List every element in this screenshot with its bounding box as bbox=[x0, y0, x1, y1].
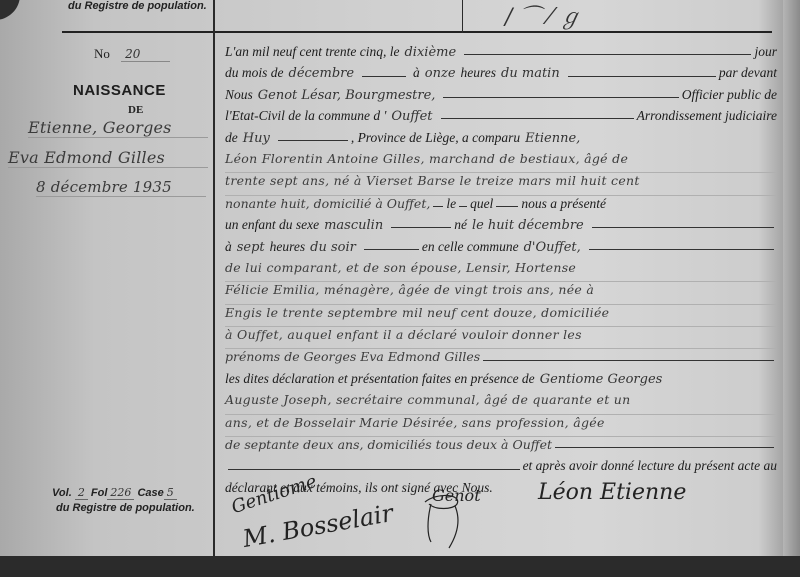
birth-commune-value: d'Ouffet, bbox=[524, 240, 581, 255]
page-edge bbox=[783, 0, 800, 556]
number-label: No bbox=[94, 46, 110, 61]
line-6: Léon Florentin Antoine Gilles, marchand … bbox=[225, 151, 777, 173]
child-name-line-2: Eva Edmond Gilles bbox=[8, 148, 208, 168]
line-13: Engis le trente septembre mil neuf cent … bbox=[225, 305, 777, 327]
column-divider bbox=[213, 0, 215, 556]
line-16: les dites déclaration et présentation fa… bbox=[225, 371, 777, 392]
line-3: Nous Genot Lésar, Bourgmestre, Officier … bbox=[225, 87, 777, 108]
signature-flourish-icon bbox=[417, 490, 467, 550]
volume-reference: Vol. 2 Fol226 Case5 bbox=[52, 486, 177, 499]
register-label: du Registre de population. bbox=[56, 502, 195, 514]
given-names: prénoms de Georges Eva Edmond Gilles bbox=[225, 349, 480, 364]
case-value: 5 bbox=[164, 486, 177, 500]
entry-number: No 20 bbox=[94, 46, 170, 62]
act-body: L'an mil neuf cent trente cinq, le dixiè… bbox=[225, 44, 777, 501]
signature-witness-1: Gentiome bbox=[229, 471, 319, 518]
birth-hour-value: sept bbox=[237, 240, 265, 255]
top-divider bbox=[462, 0, 463, 33]
line-9: un enfant du sexe masculin né le huit dé… bbox=[225, 217, 777, 238]
arrondissement-value: Huy bbox=[243, 131, 270, 146]
background-band bbox=[0, 556, 800, 577]
line-18: ans, et de Bosselair Marie Désirée, sans… bbox=[225, 415, 777, 437]
birth-period-value: du soir bbox=[310, 240, 356, 255]
top-register-label: du Registre de population. bbox=[68, 0, 207, 12]
heading-naissance: NAISSANCE bbox=[73, 82, 166, 99]
hour-value: onze bbox=[425, 66, 456, 81]
sex-value: masculin bbox=[324, 218, 383, 233]
birth-date-line: 8 décembre 1935 bbox=[36, 178, 206, 197]
line-2: du mois de décembre à onze heures du mat… bbox=[225, 65, 777, 86]
page-corner-shadow bbox=[0, 0, 20, 20]
line-10: à sept heures du soir en celle commune d… bbox=[225, 239, 777, 260]
birth-date-value: le huit décembre bbox=[472, 218, 584, 233]
vol-value: 2 bbox=[75, 486, 88, 500]
line-1: L'an mil neuf cent trente cinq, le dixiè… bbox=[225, 44, 777, 65]
line-15: prénoms de Georges Eva Edmond Gilles bbox=[225, 349, 777, 370]
line-12: Félicie Emilia, ménagère, âgée de vingt … bbox=[225, 282, 777, 304]
signature-declarant: Léon Etienne bbox=[538, 480, 686, 505]
declarant-surname: Etienne, bbox=[525, 131, 580, 146]
heading-de: DE bbox=[128, 104, 143, 116]
line-4: l'Etat-Civil de la commune d ' Ouffet Ar… bbox=[225, 108, 777, 129]
month-value: décembre bbox=[289, 66, 355, 81]
child-name-line-1: Etienne, Georges bbox=[28, 118, 208, 138]
line-7: trente sept ans, né à Vierset Barse le t… bbox=[225, 173, 777, 195]
commune-value: Ouffet bbox=[391, 109, 432, 124]
officer-name: Genot Lésar, Bourgmestre, bbox=[258, 88, 436, 103]
fol-value: 226 bbox=[107, 486, 134, 500]
top-signature-fragment: / ⌒ ⁄ ℊ bbox=[505, 0, 581, 31]
line-8: nonante huit, domicilié à Ouffet, le que… bbox=[225, 196, 777, 217]
line-5: de Huy , Province de Liège, a comparu Et… bbox=[225, 130, 777, 151]
line-11: de lui comparant, et de son épouse, Lens… bbox=[225, 260, 777, 282]
line-14: à Ouffet, auquel enfant il a déclaré vou… bbox=[225, 327, 777, 349]
horizontal-rule bbox=[62, 31, 772, 33]
line-17: Auguste Joseph, secrétaire communal, âgé… bbox=[225, 392, 777, 414]
day-value: dixième bbox=[404, 45, 456, 60]
line-19: de septante deux ans, domiciliés tous de… bbox=[225, 437, 777, 458]
document-page: du Registre de population. / ⌒ ⁄ ℊ No 20… bbox=[0, 0, 790, 556]
witness-1-name: Gentiome Georges bbox=[540, 372, 663, 387]
time-of-day-value: du matin bbox=[501, 66, 560, 81]
number-value: 20 bbox=[121, 47, 170, 62]
signature-area: Gentiome M. Bosselair Genot Léon Etienne bbox=[222, 478, 782, 556]
